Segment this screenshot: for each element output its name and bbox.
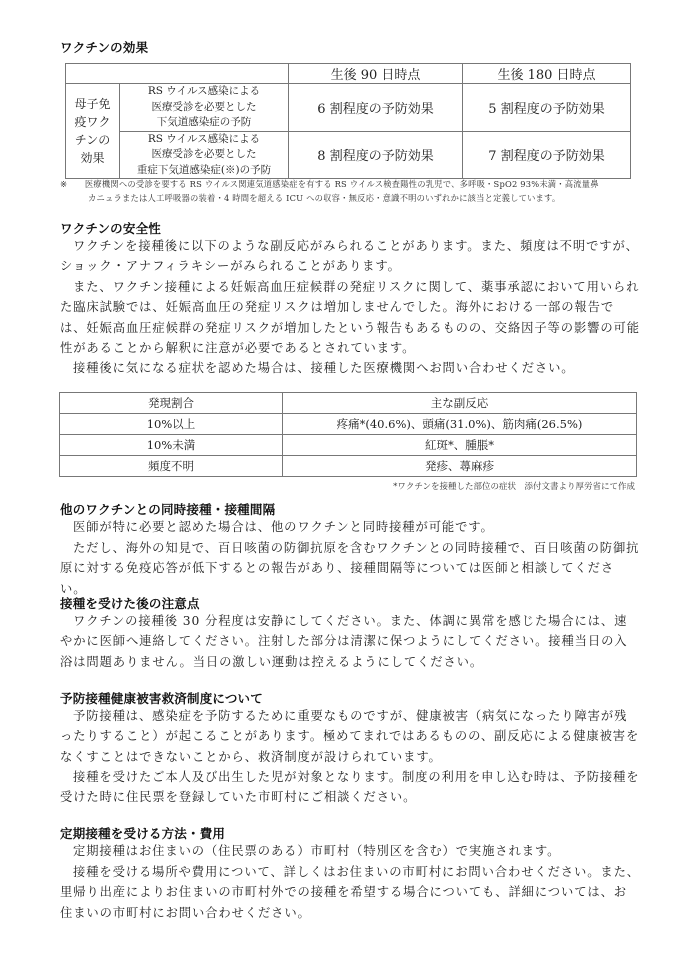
header-cell-day180: 生後 180 日時点 [463, 64, 631, 84]
side-effects-row: 頻度不明 発疹、蕁麻疹 [60, 456, 637, 477]
heading-vaccine-efficacy: ワクチンの効果 [60, 38, 148, 56]
paragraph-text: また、ワクチン接種による妊娠高血圧症候群の発症リスクに関して、薬事承認において用… [60, 280, 640, 355]
condition-line: 重症下気道感染症(※)の予防 [137, 164, 271, 176]
concurrent-paragraph: 医師が特に必要と認めた場合は、他のワクチンと同時接種が可能です。 [60, 517, 640, 537]
header-cell-day90: 生後 90 日時点 [289, 64, 463, 84]
safety-paragraph: 接種後に気になる症状を認めた場合は、接種した医療機関へお問い合わせください。 [60, 358, 640, 378]
paragraph-text: 予防接種は、感染症を予防するために重要なものですが、健康被害（病気になったり障害… [60, 709, 639, 764]
paragraph-text: ワクチンを接種後に以下のような副反応がみられることがあります。また、頻度は不明で… [60, 239, 639, 273]
paragraph-text: ただし、海外の知見で、百日咳菌の防御抗原を含むワクチンとの同時接種で、百日咳菌の… [60, 541, 639, 596]
day90-cell: 6 割程度の予防効果 [289, 84, 463, 132]
side-effects-row: 10%以上 疼痛*(40.6%)、頭痛(31.0%)、筋肉痛(26.5%) [60, 414, 637, 435]
paragraph-text: 接種を受けたご本人及び出生した児が対象となります。制度の利用を申し込む時は、予防… [60, 770, 639, 804]
row-group-label-line: 母子免 [74, 97, 110, 111]
heading-after-vaccination: 接種を受けた後の注意点 [60, 594, 200, 612]
reactions-cell: 紅斑*、腫脹* [283, 435, 637, 456]
efficacy-table-row: 母子免 疫ワク チンの 効果 RS ウイルス感染による 医療受診を必要とした 下… [66, 84, 631, 132]
relief-paragraph: 接種を受けたご本人及び出生した児が対象となります。制度の利用を申し込む時は、予防… [60, 767, 640, 808]
condition-line: 下気道感染症の予防 [157, 116, 252, 128]
frequency-cell: 10%以上 [60, 414, 283, 435]
frequency-cell: 頻度不明 [60, 456, 283, 477]
efficacy-footnote: ※ 医療機関への受診を要する RS ウイルス関連気道感染症を有する RS ウイル… [60, 177, 650, 205]
paragraph-text: 接種を受ける場所や費用について、詳しくはお住まいの市町村にお問い合わせください。… [60, 865, 640, 920]
paragraph-text: ワクチンの接種後 30 分程度は安静にしてください。また、体調に異常を感じた場合… [60, 614, 627, 669]
footnote-line: カニュラまたは人工呼吸器の装着・4 時間を超える ICU への収容・無反応・意識… [60, 191, 650, 205]
heading-concurrent-vaccination: 他のワクチンとの同時接種・接種間隔 [60, 500, 275, 518]
day180-cell: 5 割程度の予防効果 [463, 84, 631, 132]
condition-line: 医療受診を必要とした [152, 148, 257, 160]
condition-line: 医療受診を必要とした [152, 101, 257, 113]
header-cell-empty [66, 64, 289, 84]
condition-cell: RS ウイルス感染による 医療受診を必要とした 下気道感染症の予防 [120, 84, 289, 132]
row-group-label: 母子免 疫ワク チンの 効果 [66, 84, 120, 179]
relief-paragraph: 予防接種は、感染症を予防するために重要なものですが、健康被害（病気になったり障害… [60, 706, 640, 767]
header-cell-reactions: 主な副反応 [283, 393, 637, 414]
efficacy-table: 生後 90 日時点 生後 180 日時点 母子免 疫ワク チンの 効果 RS ウ… [65, 63, 631, 179]
efficacy-table-header-row: 生後 90 日時点 生後 180 日時点 [66, 64, 631, 84]
condition-line: RS ウイルス感染による [148, 85, 260, 97]
method-paragraph: 接種を受ける場所や費用について、詳しくはお住まいの市町村にお問い合わせください。… [60, 862, 640, 923]
side-effects-header-row: 発現割合 主な副反応 [60, 393, 637, 414]
row-group-label-line: 疫ワク [74, 115, 110, 129]
efficacy-table-row: RS ウイルス感染による 医療受診を必要とした 重症下気道感染症(※)の予防 8… [66, 131, 631, 179]
safety-paragraph: また、ワクチン接種による妊娠高血圧症候群の発症リスクに関して、薬事承認において用… [60, 277, 640, 358]
side-effects-table-note: *ワクチンを接種した部位の症状 添付文書より厚労省にて作成 [393, 480, 635, 492]
heading-method-and-cost: 定期接種を受ける方法・費用 [60, 824, 225, 842]
paragraph-text: 医師が特に必要と認めた場合は、他のワクチンと同時接種が可能です。 [73, 520, 494, 534]
frequency-cell: 10%未満 [60, 435, 283, 456]
day180-cell: 7 割程度の予防効果 [463, 131, 631, 179]
row-group-label-line: 効果 [80, 151, 104, 165]
paragraph-text: 接種後に気になる症状を認めた場合は、接種した医療機関へお問い合わせください。 [73, 361, 574, 375]
after-paragraph: ワクチンの接種後 30 分程度は安静にしてください。また、体調に異常を感じた場合… [60, 611, 640, 672]
concurrent-paragraph: ただし、海外の知見で、百日咳菌の防御抗原を含むワクチンとの同時接種で、百日咳菌の… [60, 538, 640, 599]
day90-cell: 8 割程度の予防効果 [289, 131, 463, 179]
heading-vaccine-safety: ワクチンの安全性 [60, 219, 161, 237]
method-paragraph: 定期接種はお住まいの（住民票のある）市町村（特別区を含む）で実施されます。 [60, 841, 640, 861]
footnote-line: 医療機関への受診を要する RS ウイルス関連気道感染症を有する RS ウイルス検… [77, 179, 599, 189]
safety-paragraph: ワクチンを接種後に以下のような副反応がみられることがあります。また、頻度は不明で… [60, 236, 640, 277]
heading-relief-system: 予防接種健康被害救済制度について [60, 689, 263, 707]
reactions-cell: 発疹、蕁麻疹 [283, 456, 637, 477]
condition-cell: RS ウイルス感染による 医療受診を必要とした 重症下気道感染症(※)の予防 [120, 131, 289, 179]
side-effects-row: 10%未満 紅斑*、腫脹* [60, 435, 637, 456]
paragraph-text: 定期接種はお住まいの（住民票のある）市町村（特別区を含む）で実施されます。 [73, 844, 560, 858]
footnote-mark: ※ [60, 177, 74, 191]
condition-line: RS ウイルス感染による [148, 133, 260, 145]
side-effects-table: 発現割合 主な副反応 10%以上 疼痛*(40.6%)、頭痛(31.0%)、筋肉… [59, 392, 637, 477]
row-group-label-line: チンの [75, 133, 110, 147]
header-cell-frequency: 発現割合 [60, 393, 283, 414]
reactions-cell: 疼痛*(40.6%)、頭痛(31.0%)、筋肉痛(26.5%) [283, 414, 637, 435]
